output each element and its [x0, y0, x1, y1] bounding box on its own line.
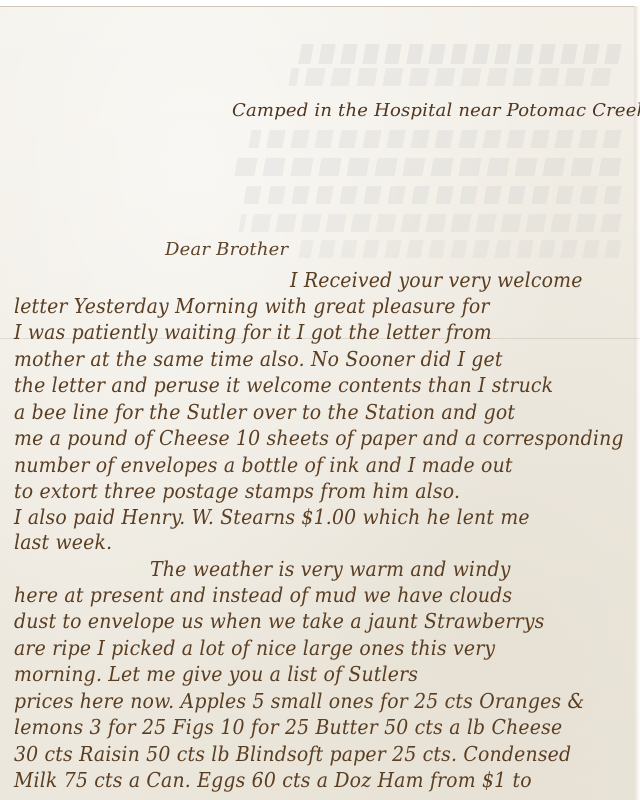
letter-line: to extort three postage stamps from him … [14, 479, 460, 503]
letter-line: number of envelopes a bottle of ink and … [14, 453, 513, 477]
letter-line: dust to envelope us when we take a jaunt… [14, 609, 545, 633]
letter-line: Milk 75 cts a Can. Eggs 60 cts a Doz Ham… [14, 768, 532, 792]
letter-line: last week. [14, 530, 112, 554]
letter-line: mother at the same time also. No Sooner … [14, 347, 503, 371]
letter-line: 30 cts Raisin 50 cts lb Blindsoft paper … [14, 742, 571, 766]
letter-line: I also paid Henry. W. Stearns $1.00 whic… [14, 505, 530, 529]
letter-line: are ripe I picked a lot of nice large on… [14, 636, 495, 660]
letter-salutation: Dear Brother [165, 239, 288, 260]
letter-heading: Camped in the Hospital near Potomac Cree… [232, 100, 640, 121]
letter-line: here at present and instead of mud we ha… [14, 583, 512, 607]
paper-right-edge [634, 6, 640, 800]
paper-top-edge [0, 0, 640, 7]
letter-line: a bee line for the Sutler over to the St… [14, 400, 515, 424]
letter-line: The weather is very warm and windy [150, 557, 511, 581]
letter-line: letter Yesterday Morning with great plea… [14, 294, 490, 318]
letter-line: prices here now. Apples 5 small ones for… [14, 689, 584, 713]
letter-line: I was patiently waiting for it I got the… [14, 320, 492, 344]
letter-line: I Received your very welcome [290, 268, 583, 292]
letter-line: lemons 3 for 25 Figs 10 for 25 Butter 50… [14, 715, 562, 739]
letter-page: Camped in the Hospital near Potomac Cree… [0, 0, 640, 800]
letter-line: me a pound of Cheese 10 sheets of paper … [14, 426, 624, 450]
letter-line: morning. Let me give you a list of Sutle… [14, 662, 418, 686]
letter-line: the letter and peruse it welcome content… [14, 373, 553, 397]
